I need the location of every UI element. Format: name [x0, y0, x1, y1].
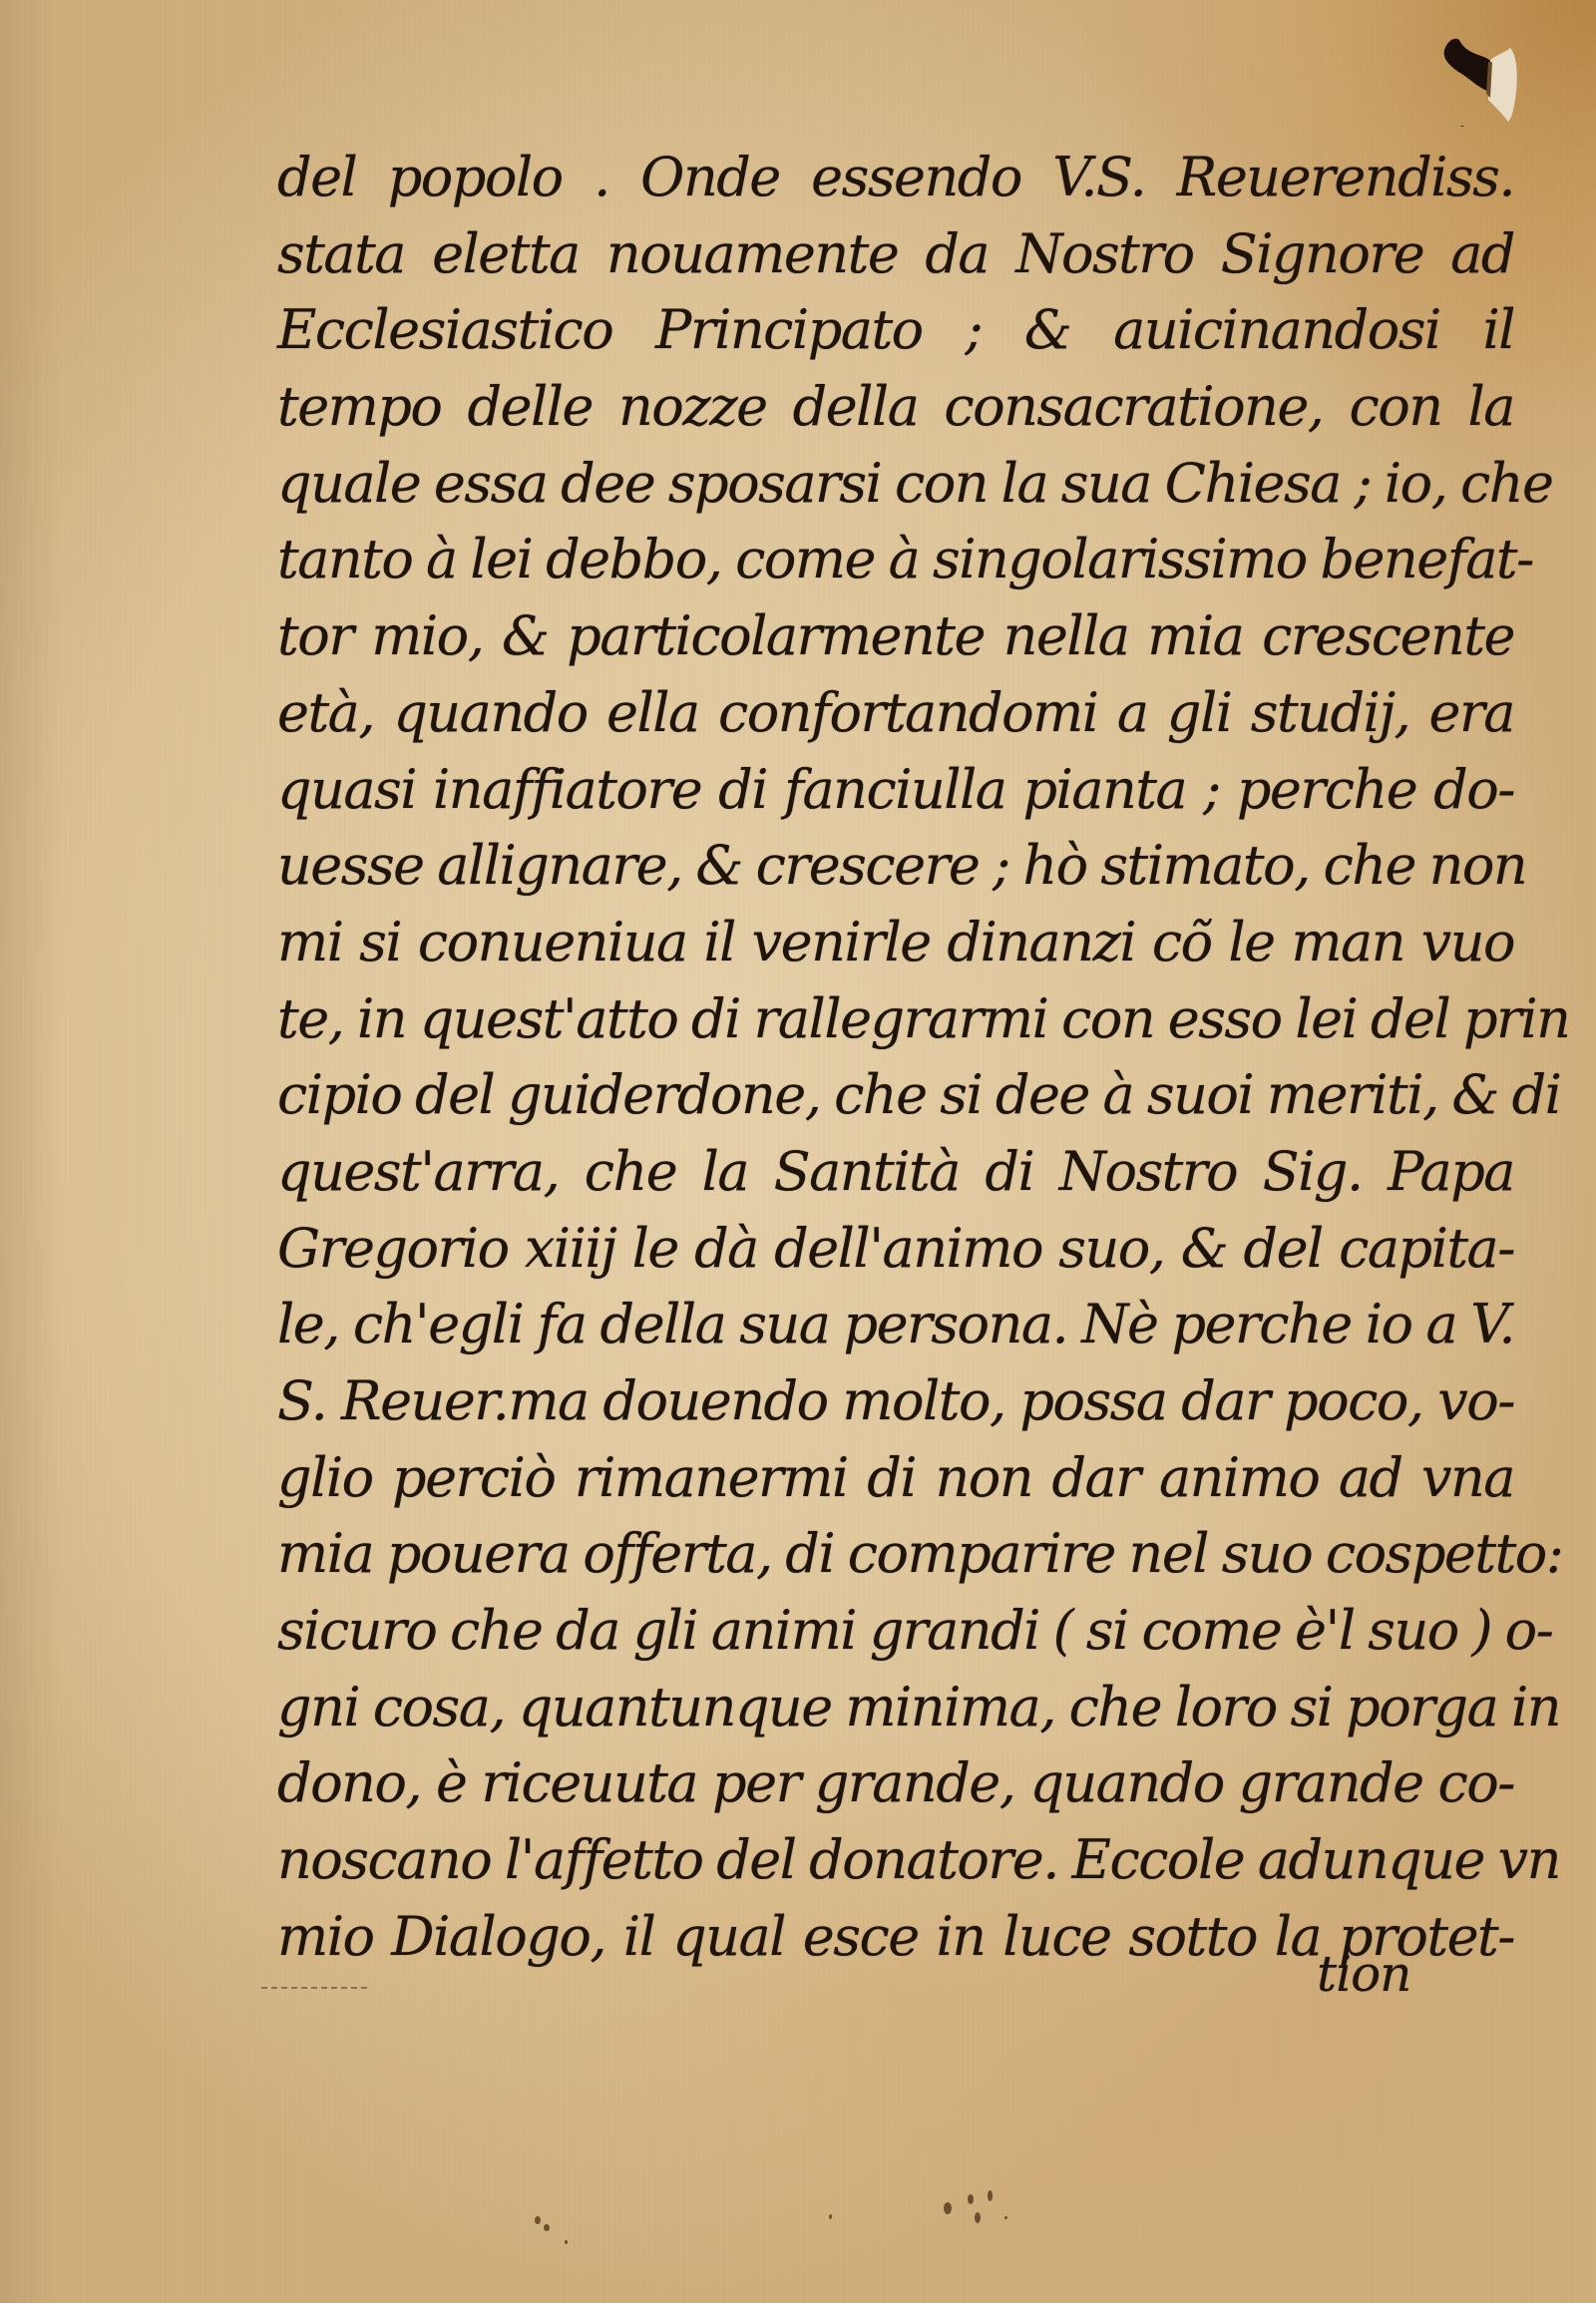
book-page: del popolo . Onde essendo V.S. Reuerendi… — [0, 0, 1596, 2303]
ink-speck — [988, 2190, 993, 2201]
text-line: mia pouera offerta, di comparire nel suo… — [277, 1516, 1514, 1593]
text-line: le, ch'egli fa della sua persona. Nè per… — [277, 1287, 1514, 1363]
ink-speck — [565, 2240, 568, 2244]
text-line: stata eletta nouamente da Nostro Signore… — [277, 216, 1514, 293]
page-edge-shadow — [0, 0, 60, 2303]
ink-speck — [1004, 2216, 1007, 2219]
text-line: te, in quest'atto di rallegrarmi con ess… — [277, 981, 1514, 1058]
text-line: sicuro che da gli animi grandi ( si come… — [277, 1593, 1514, 1670]
text-line: uesse allignare, & crescere ; hò stimato… — [277, 828, 1514, 905]
text-line: glio perciò rimanermi di non dar animo a… — [277, 1440, 1514, 1517]
catchword: tion — [1317, 1945, 1410, 2003]
ink-speck — [944, 2202, 952, 2214]
torn-hole-icon — [1436, 32, 1536, 127]
text-line: gni cosa, quantunque minima, che loro si… — [277, 1670, 1514, 1746]
text-line: cipio del guiderdone, che si dee à suoi … — [277, 1057, 1514, 1134]
text-line: tanto à lei debbo, come à singolarissimo… — [277, 522, 1514, 598]
text-line: quale essa dee sposarsi con la sua Chies… — [277, 446, 1514, 523]
ink-speck — [829, 2214, 832, 2219]
ink-speck — [535, 2216, 541, 2224]
text-line: noscano l'affetto del donatore. Eccole a… — [277, 1822, 1514, 1899]
text-line: Ecclesiastico Principato ; & auicinandos… — [277, 292, 1514, 369]
text-line: tor mio, & particolarmente nella mia cre… — [277, 598, 1514, 675]
text-line: età, quando ella confortandomi a gli stu… — [277, 675, 1514, 752]
text-line: S. Reuer.ma douendo molto, possa dar poc… — [277, 1363, 1514, 1440]
text-line: mi si conueniua il venirle dinanzi cõ le… — [277, 905, 1514, 981]
faint-rule-mark — [261, 1987, 371, 1989]
body-text: del popolo . Onde essendo V.S. Reuerendi… — [277, 140, 1514, 1976]
text-line: tempo delle nozze della consacratione, c… — [277, 369, 1514, 446]
text-line: dono, è riceuuta per grande, quando gran… — [277, 1745, 1514, 1822]
text-line: quest'arra, che la Santità di Nostro Sig… — [277, 1134, 1514, 1211]
text-line: Gregorio xiiij le dà dell'animo suo, & d… — [277, 1211, 1514, 1288]
text-line: quasi inaffiatore di fanciulla pianta ; … — [277, 752, 1514, 829]
ink-speck — [544, 2224, 550, 2231]
ink-speck — [968, 2194, 974, 2204]
text-line: del popolo . Onde essendo V.S. Reuerendi… — [277, 140, 1514, 216]
ink-speck — [975, 2212, 981, 2223]
